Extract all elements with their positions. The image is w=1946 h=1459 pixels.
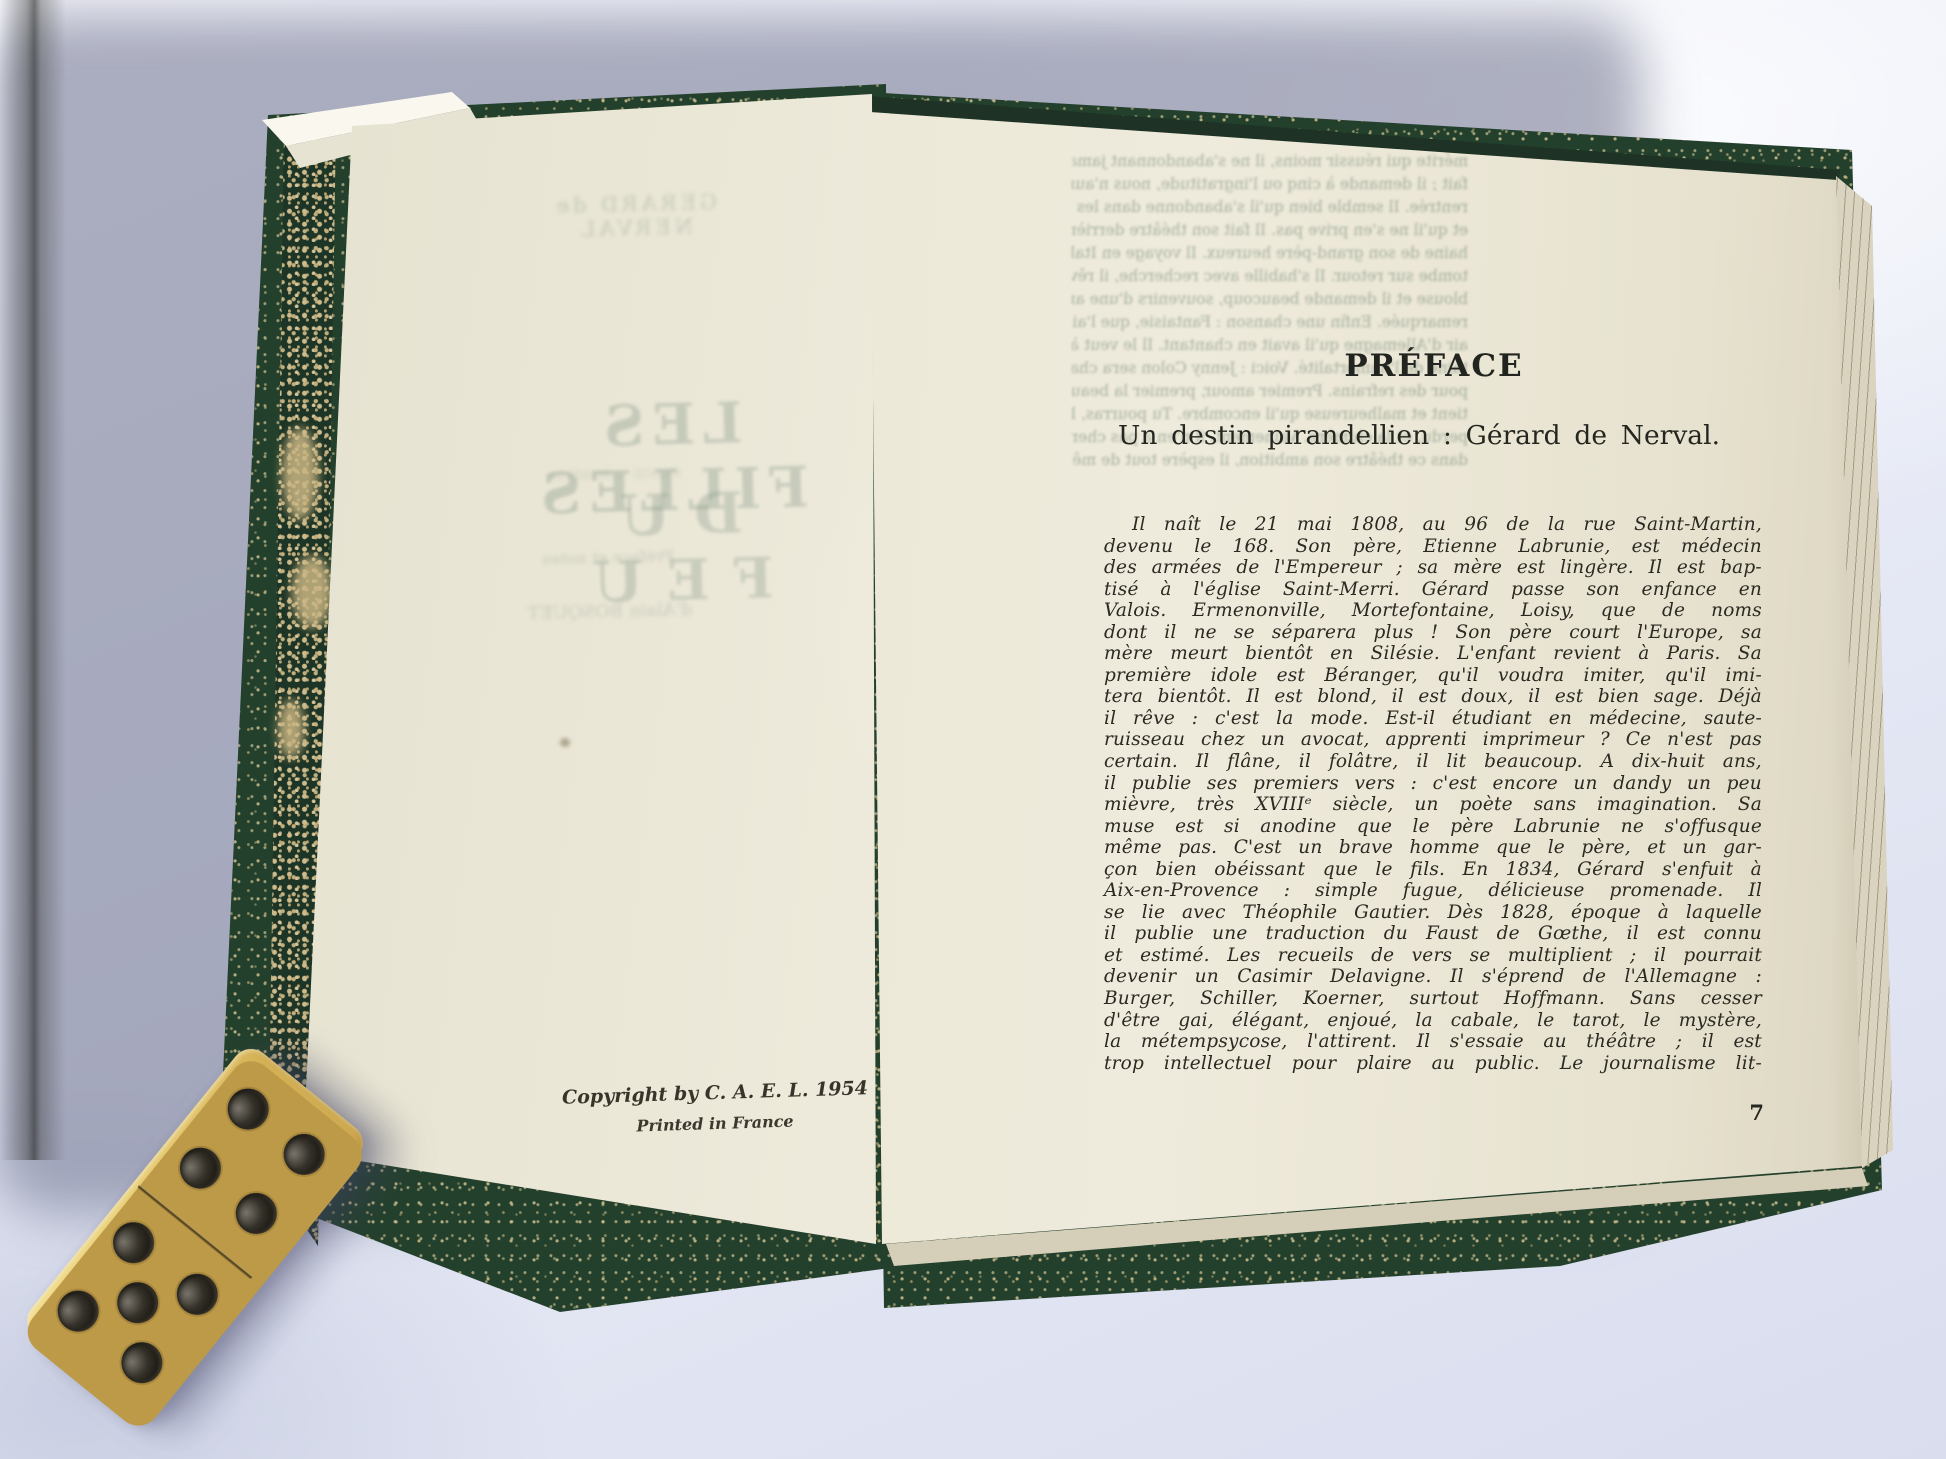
domino-pip: [228, 1185, 286, 1243]
paragraph-line: çonbienobéissantquelefils.En1834,Gérards…: [1104, 859, 1762, 881]
show-through-author: GERARD de NERVAL: [504, 189, 765, 244]
paragraph-line: mièvre,trèsXVIIIᵉsiècle,unpoètesansimagi…: [1104, 794, 1762, 816]
paragraph-line: desarméesdel'Empereur;samèreestlingère.I…: [1104, 557, 1762, 579]
show-through-line: remarquée. Enfin une chanson : Fantaisie…: [1072, 311, 1468, 334]
show-through-line: mérite qui réussir moins, il ne s'abando…: [1072, 150, 1468, 173]
paragraph-line: premièreidoleestBéranger,qu'ilvoudraimit…: [1104, 665, 1762, 687]
chapter-heading: PRÉFACE: [1106, 348, 1762, 384]
paragraph-line: mêmepas.C'estunbravehommequelepère,etung…: [1104, 837, 1762, 859]
cover-worn-patch: [278, 700, 304, 758]
domino-pip: [104, 1214, 162, 1272]
paper-stain: [560, 738, 570, 747]
paragraph-line: ilpublieunetraductionduFaustdeGœthe,iles…: [1104, 923, 1762, 945]
paragraph-line: devenirunCasimirDelavigne.Ils'éprenddel'…: [1104, 966, 1762, 988]
paragraph-line: mèremeurtbientôtenSilésie.L'enfantrevien…: [1104, 643, 1762, 665]
preface-paragraph: Ilnaîtle21mai1808,au96delarueSaint-Marti…: [1104, 514, 1762, 1074]
paragraph-line: Ilnaîtle21mai1808,au96delarueSaint-Marti…: [1104, 514, 1762, 536]
domino-pip: [168, 1266, 226, 1324]
domino-pip: [49, 1282, 107, 1340]
paragraph-line: lamétempsycose,l'attirent.Ils'essaieauth…: [1104, 1031, 1762, 1053]
paragraph-line: devenule168.Sonpère,EtienneLabrunie,estm…: [1104, 536, 1762, 558]
paragraph-line: etestimé.Lesrecueilsdeverssemultiplient;…: [1104, 945, 1762, 967]
domino-pip: [109, 1274, 167, 1332]
cover-worn-patch: [292, 556, 332, 628]
photo-of-open-book: { "scene": { "description": "Photograph …: [0, 0, 1946, 1459]
domino-pip: [171, 1139, 229, 1197]
paragraph-line: museestsianodinequelepèreLabrunienes'off…: [1104, 816, 1762, 838]
paragraph-line: tropintellectuelpourplaireaupublic.Lejou…: [1104, 1053, 1762, 1075]
domino-pip: [276, 1126, 334, 1184]
paragraph-line: Burger,Schiller,Koerner,surtoutHoffmann.…: [1104, 988, 1762, 1010]
domino-pip: [219, 1080, 277, 1138]
gutter-shadow: [0, 0, 66, 1160]
paragraph-line: d'êtregai,élégant,enjoué,lacabale,letaro…: [1104, 1010, 1762, 1032]
paragraph-line: terabientôt.Ilestblond,ilestdoux,ilestbi…: [1104, 686, 1762, 708]
show-through-line: fait ; il demande à cinq ou l'ingratitud…: [1072, 173, 1468, 196]
show-through-line: haine de son grand-père heureux. Il voya…: [1072, 242, 1468, 265]
cover-worn-patch: [282, 428, 318, 520]
paragraph-line: Aix-en-Provence:simplefugue,délicieusepr…: [1104, 880, 1762, 902]
paragraph-line: selieavecThéophileGautier.Dès1828,époque…: [1104, 902, 1762, 924]
show-through-line: et qu'il ne s'en prive pas. Il fait son …: [1072, 219, 1468, 242]
show-through-line: dans ce théâtre son ambition, il espère …: [1072, 449, 1468, 472]
paragraph-line: ilpubliesespremiersvers:c'estencoreundan…: [1104, 773, 1762, 795]
show-through-line: tombe sur retour. Il s'habille avec rech…: [1072, 265, 1468, 288]
show-through-line: blouse et il demande beaucoup, souvenirs…: [1072, 288, 1468, 311]
paragraph-line: ilrêve:c'estlamode.Est-ilétudiantenmédec…: [1104, 708, 1762, 730]
domino-pip: [113, 1334, 171, 1392]
paragraph-line: tiséàl'égliseSaint-Merri.Gérardpassesone…: [1104, 579, 1762, 601]
preface-subtitle: Un destin pirandellien : Gérard de Nerva…: [1118, 420, 1720, 451]
paragraph-line: dontilnesesépareraplus!Sonpèrecourtl'Eur…: [1104, 622, 1762, 644]
paragraph-line: Valois.Ermenonville,Mortefontaine,Loisy,…: [1104, 600, 1762, 622]
paragraph-line: certain.Ilflâne,ilfolâtre,illitbeaucoup.…: [1104, 751, 1762, 773]
page-number: 7: [1700, 1100, 1764, 1125]
show-through-line: rentrée. Il semble bien qu'il s'abandonn…: [1072, 196, 1468, 219]
paragraph-line: ruisseauchezunavocat,apprentiimprimeur?C…: [1104, 729, 1762, 751]
